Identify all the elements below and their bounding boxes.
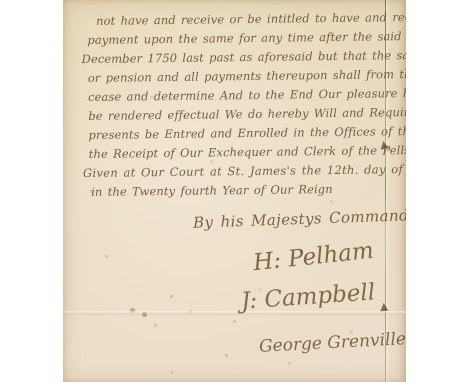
signature-j-campbell: J: Campbell (240, 279, 376, 314)
closing-command-line: By his Majestys Command (193, 206, 406, 232)
horizontal-fold-crease (63, 311, 406, 315)
crease-arrow-mark-icon (380, 303, 389, 312)
foxing-spots (63, 0, 66, 3)
manuscript-photo: not have and receive or be intitled to h… (0, 0, 468, 382)
manuscript-line: in the Twenty fourth Year of Our Reign (91, 179, 394, 202)
signature-george-grenville: George Grenville (259, 329, 406, 357)
manuscript-body: not have and receive or be intitled to h… (87, 8, 394, 202)
manuscript-line: Given at Our Court at St. James's the 12… (83, 160, 394, 183)
manuscript-page: not have and receive or be intitled to h… (63, 0, 406, 382)
signature-h-pelham: H: Pelham (252, 238, 375, 276)
